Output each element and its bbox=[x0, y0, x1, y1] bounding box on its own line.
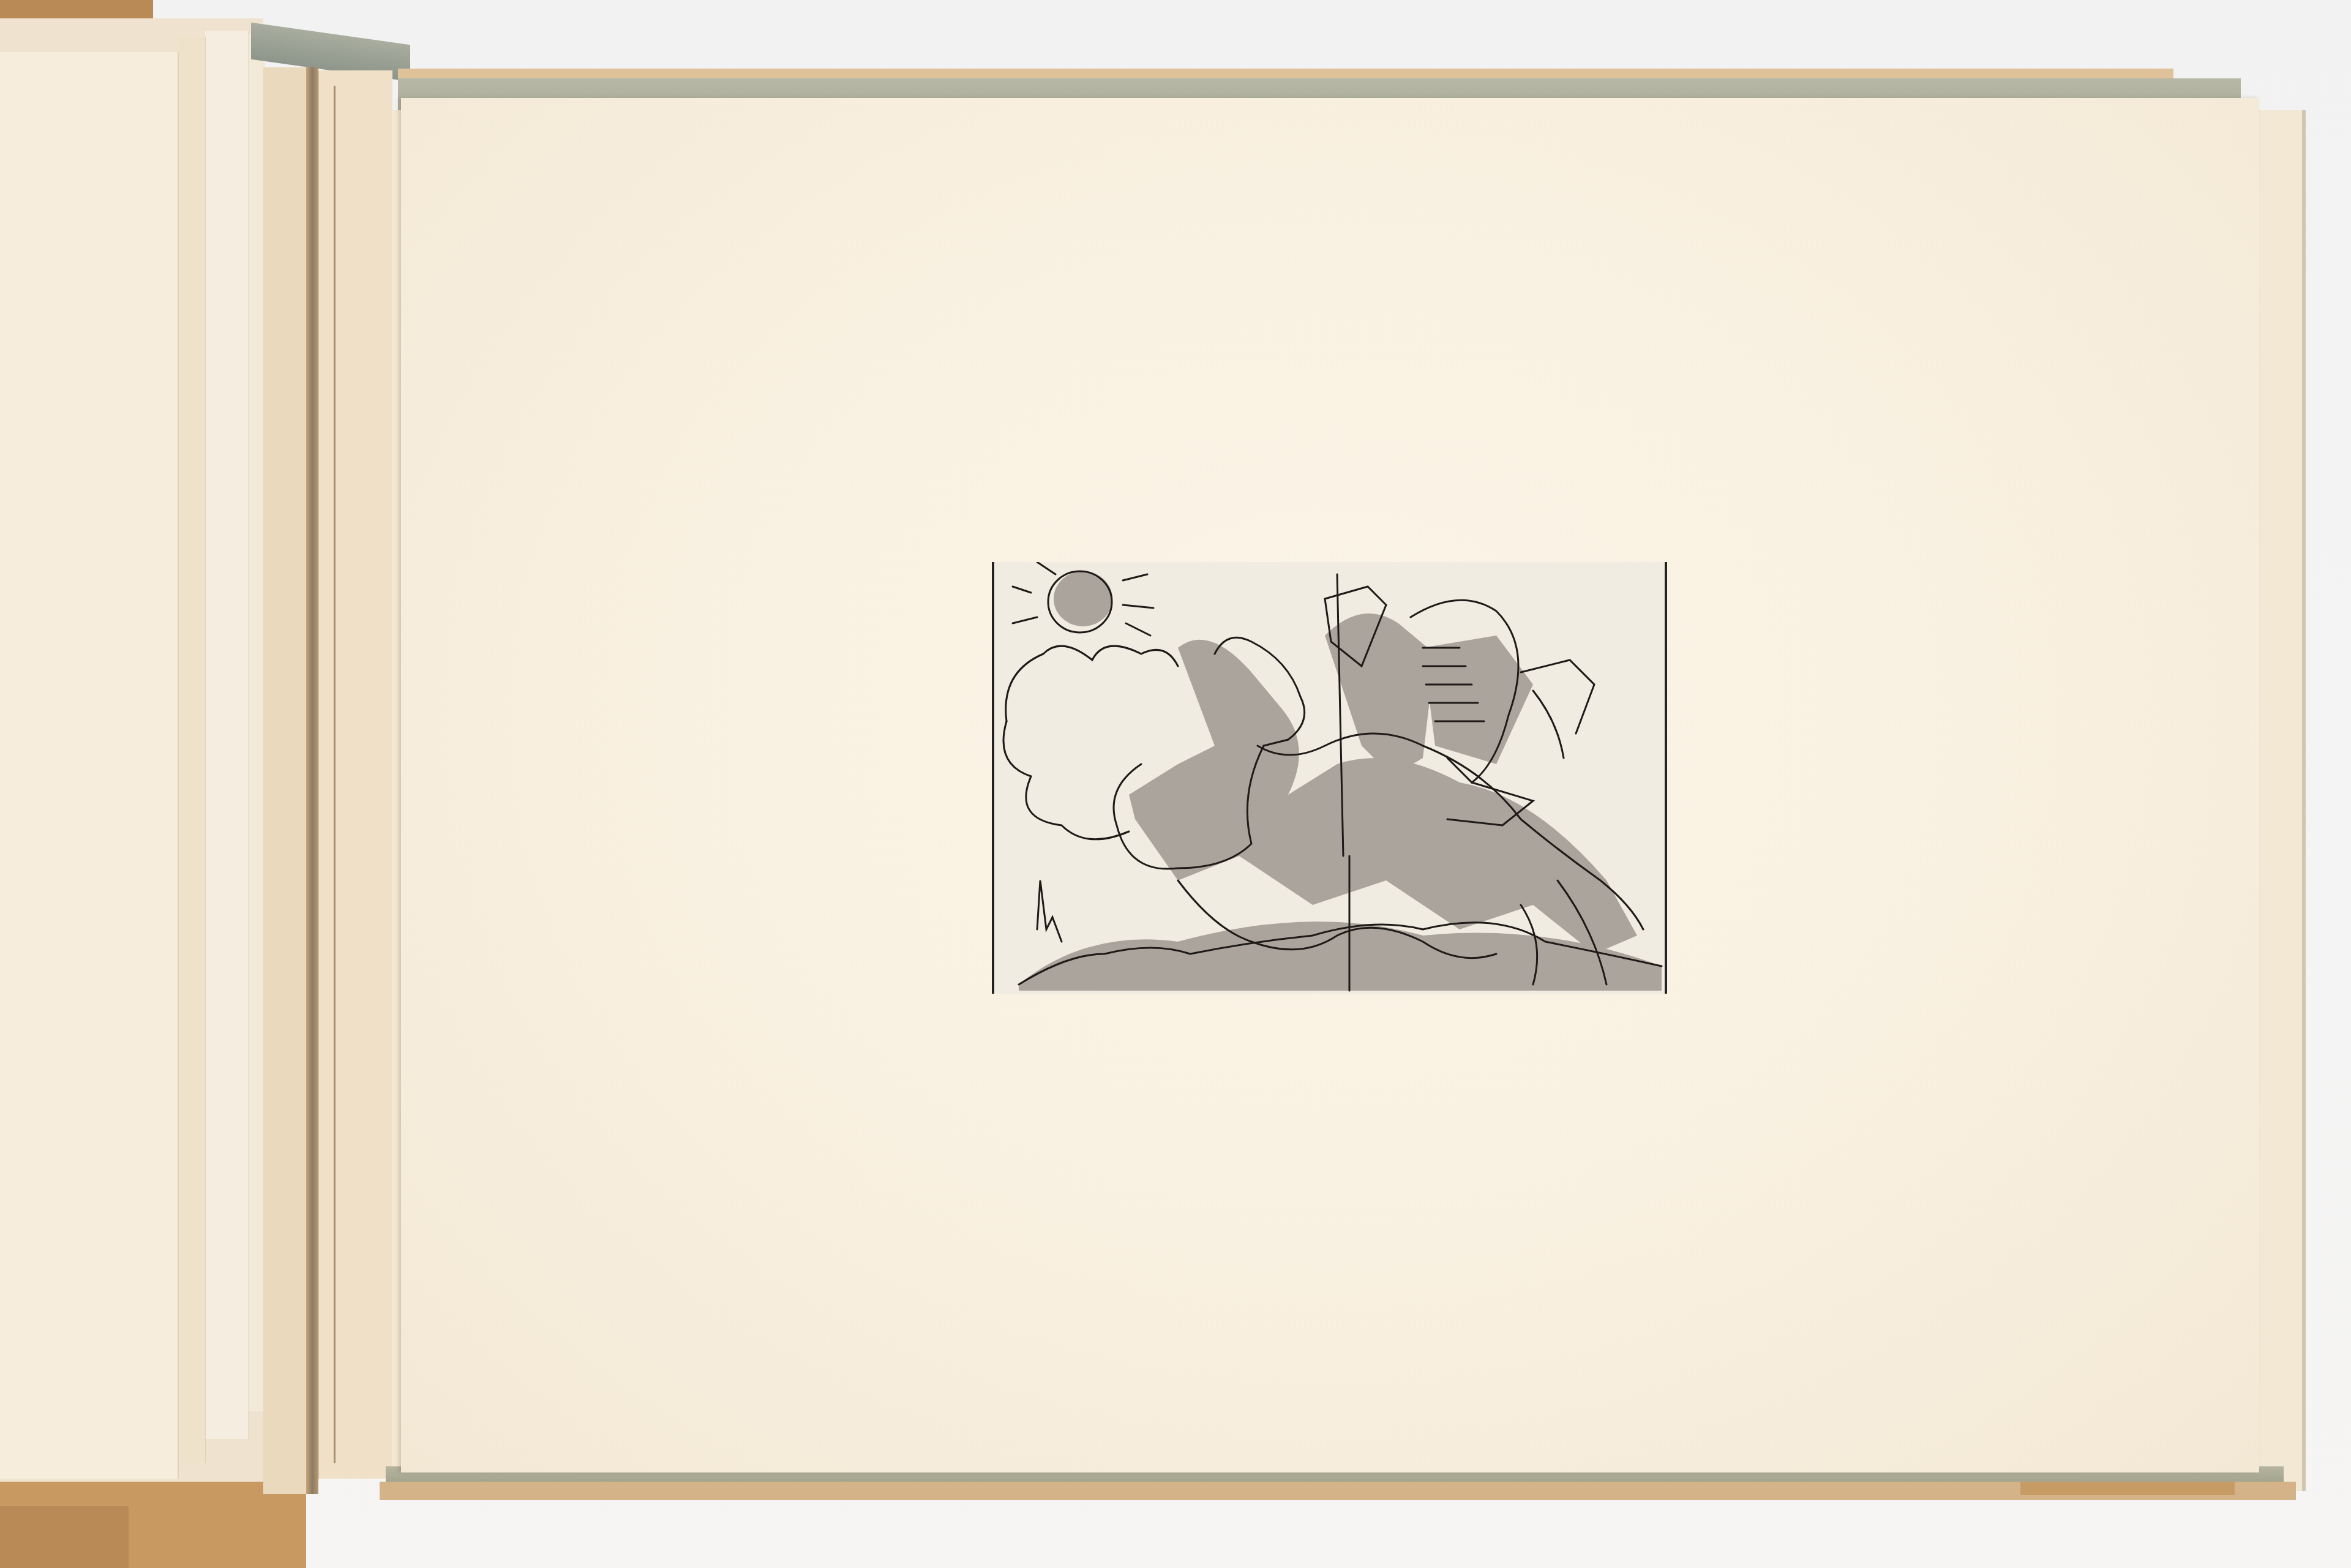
etching-illustration bbox=[994, 562, 1665, 994]
left-page-stack bbox=[248, 34, 265, 1411]
spine-crack bbox=[306, 67, 318, 1494]
spine-flyleaf bbox=[318, 70, 392, 1479]
etching-plate bbox=[992, 562, 1667, 994]
left-page-stack bbox=[178, 37, 206, 1463]
right-board-bottom bbox=[2020, 1482, 2235, 1495]
spine bbox=[263, 67, 312, 1494]
right-board-bottom bbox=[380, 1482, 2296, 1500]
left-page-stack bbox=[205, 31, 249, 1439]
wash-tones bbox=[1019, 571, 1662, 991]
left-board-bottom bbox=[0, 1506, 129, 1568]
left-page bbox=[0, 52, 179, 1479]
spine-line bbox=[334, 86, 336, 1463]
left-board-top bbox=[0, 0, 153, 18]
